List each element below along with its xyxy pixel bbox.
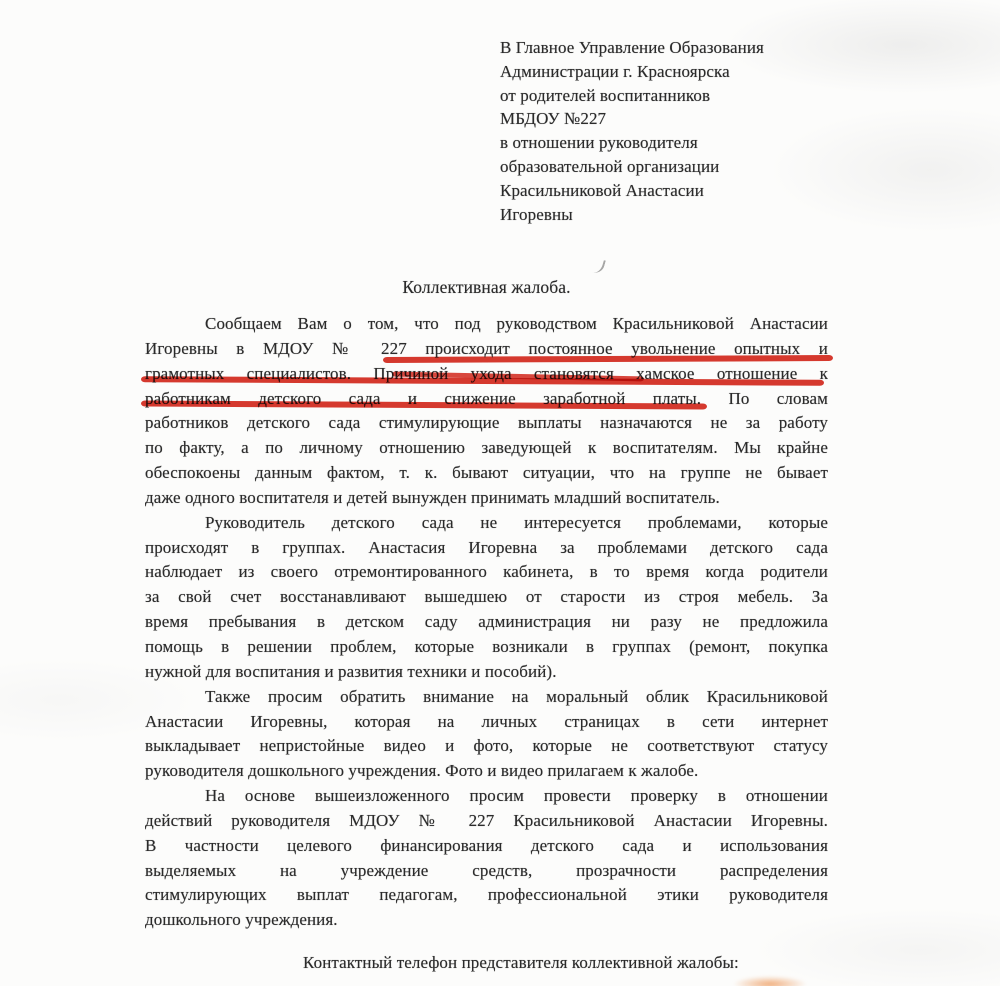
document-title: Коллективная жалоба. <box>145 277 828 298</box>
orange-highlight-smudge <box>733 976 807 986</box>
body-line: Сообщаем Вам о том, что под руководством… <box>145 312 828 337</box>
body-line: нужной для воспитания и развития техники… <box>145 660 828 685</box>
body-line: за свой счет восстанавливают вышедшею от… <box>145 585 828 610</box>
body-line: На основе вышеизложенного просим провест… <box>145 784 828 809</box>
addressee-line: образовательной организации <box>500 155 850 179</box>
body-line: выделяемых на учреждение средств, прозра… <box>145 859 828 884</box>
addressee-line: в отношении руководителя <box>500 131 850 155</box>
body-line: В частности целевого финансирования детс… <box>145 834 828 859</box>
addressee-line: Игоревны <box>500 203 850 227</box>
contact-phone-line: Контактный телефон представителя коллект… <box>303 951 739 975</box>
body-line: Анастасии Игоревны, которая на личных ст… <box>145 710 828 735</box>
addressee-line: МБДОУ №227 <box>500 107 850 131</box>
body-line: выкладывает непристойные видео и фото, к… <box>145 734 828 759</box>
body-line: действий руководителя МДОУ № 227 Красиль… <box>145 809 828 834</box>
body-line: руководителя дошкольного учреждения. Фот… <box>145 759 828 784</box>
body-line: обеспокоены данным фактом, т. к. бывают … <box>145 461 828 486</box>
body-line: работников детского сада стимулирующие в… <box>145 411 828 436</box>
body-line: стимулирующих выплат педагогам, професси… <box>145 883 828 908</box>
addressee-block: В Главное Управление Образования Админис… <box>500 36 850 226</box>
body-line: дошкольного учреждения. <box>145 908 828 933</box>
addressee-line: В Главное Управление Образования <box>500 36 850 60</box>
body-line: наблюдает из своего отремонтированного к… <box>145 560 828 585</box>
body-line: Также просим обратить внимание на мораль… <box>145 685 828 710</box>
addressee-line: Администрации г. Красноярска <box>500 60 850 84</box>
body-line: по факту, а по личному отношению заведую… <box>145 436 828 461</box>
body-line: Руководитель детского сада не интересует… <box>145 511 828 536</box>
addressee-line: Красильниковой Анастасии <box>500 179 850 203</box>
body-line: происходят в группах. Анастасия Игоревна… <box>145 536 828 561</box>
pen-tick-mark <box>592 258 606 275</box>
body-line: помощь в решении проблем, которые возник… <box>145 635 828 660</box>
addressee-line: от родителей воспитанников <box>500 84 850 108</box>
body-line: время пребывания в детском саду админист… <box>145 610 828 635</box>
body-line: даже одного воспитателя и детей вынужден… <box>145 486 828 511</box>
scanned-letter-page: В Главное Управление Образования Админис… <box>0 0 1000 986</box>
